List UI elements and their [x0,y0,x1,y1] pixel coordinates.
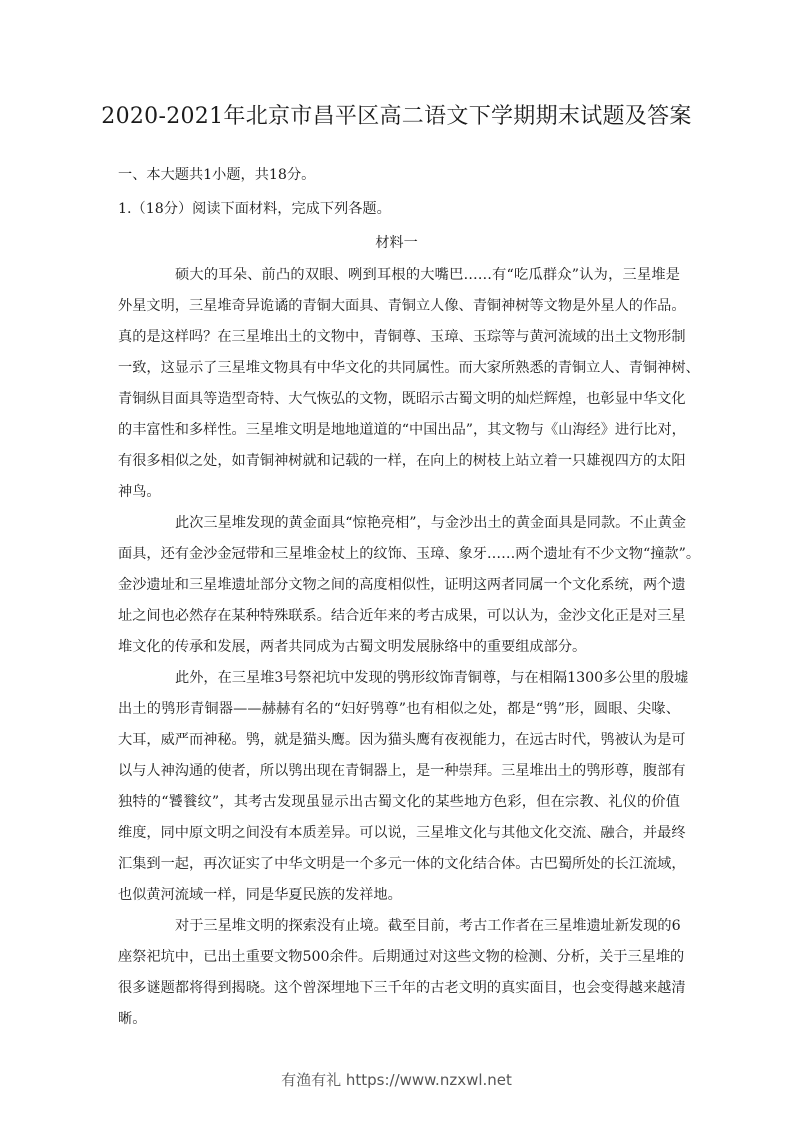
paragraph-line: 有很多相似之处，如青铜神树就和记载的一样，在向上的树枝上站立着一只雄视四方的太阳 [118,451,680,471]
paragraph-line: 此次三星堆发现的黄金面具“惊艳亮相”，与金沙出土的黄金面具是同款。不止黄金 [175,513,680,533]
paragraph-line: 外星文明，三星堆奇异诡谲的青铜大面具、青铜立人像、青铜神树等文物是外星人的作品。 [118,296,680,316]
paragraph-line: 出土的鸮形青铜器——赫赫有名的“妇好鸮尊”也有相似之处，都是“鸮”形，圆眼、尖喙… [118,699,680,719]
paragraph-line: 青铜纵目面具等造型奇特、大气恢弘的文物，既昭示古蜀文明的灿烂辉煌，也彰显中华文化 [118,389,680,409]
paragraph-line: 也似黄河流域一样，同是华夏民族的发祥地。 [118,885,680,905]
paragraph-line: 面具，还有金沙金冠带和三星堆金杖上的纹饰、玉璋、象牙……两个遗址有不少文物“撞款… [118,544,680,564]
paragraph-line: 很多谜题都将得到揭晓。这个曾深埋地下三千年的古老文明的真实面目，也会变得越来越清 [118,978,680,998]
paragraph-line: 真的是这样吗？在三星堆出土的文物中，青铜尊、玉璋、玉琮等与黄河流域的出土文物形制 [118,327,680,347]
paragraph-line: 金沙遗址和三星堆遗址部分文物之间的高度相似性，证明这两者同属一个文化系统，两个遗 [118,575,680,595]
document-title: 2020-2021年北京市昌平区高二语文下学期期末试题及答案 [0,101,793,133]
paragraph-line: 座祭祀坑中，已出土重要文物500余件。后期通过对这些文物的检测、分析，关于三星堆… [118,947,680,967]
material-heading: 材料一 [0,233,793,253]
paragraph-line: 硕大的耳朵、前凸的双眼、咧到耳根的大嘴巴……有“吃瓜群众”认为，三星堆是 [175,265,680,285]
paragraph-line: 的丰富性和多样性。三星堆文明是地地道道的“中国出品”，其文物与《山海经》进行比对… [118,420,680,440]
paragraph-line: 汇集到一起，再次证实了中华文明是一个多元一体的文化结合体。古巴蜀所处的长江流域， [118,854,680,874]
paragraph-line: 维度，同中原文明之间没有本质差异。可以说，三星堆文化与其他文化交流、融合，并最终 [118,823,680,843]
paragraph-line: 址之间也必然存在某种特殊联系。结合近年来的考古成果，可以认为，金沙文化正是对三星 [118,606,680,626]
footer-watermark: 有渔有礼 https://www.nzxwl.net [0,1069,793,1091]
paragraph-line: 堆文化的传承和发展，两者共同成为古蜀文明发展脉络中的重要组成部分。 [118,637,680,657]
question-intro: 1.（18分）阅读下面材料，完成下列各题。 [118,199,680,219]
paragraph-line: 大耳，威严而神秘。鸮，就是猫头鹰。因为猫头鹰有夜视能力，在远古时代，鸮被认为是可 [118,730,680,750]
section-header: 一、本大题共1小题，共18分。 [118,165,680,185]
paragraph-line: 对于三星堆文明的探索没有止境。截至目前，考古工作者在三星堆遗址新发现的6 [175,916,680,936]
paragraph-line: 以与人神沟通的使者，所以鸮出现在青铜器上，是一种崇拜。三星堆出土的鸮形尊，腹部有 [118,761,680,781]
paragraph-line: 晰。 [118,1009,680,1029]
document-page: 2020-2021年北京市昌平区高二语文下学期期末试题及答案 一、本大题共1小题… [0,0,793,1122]
paragraph-line: 神鸟。 [118,482,680,502]
paragraph-line: 独特的“饕餮纹”，其考古发现虽显示出古蜀文化的某些地方色彩，但在宗教、礼仪的价值 [118,792,680,812]
paragraph-line: 一致，这显示了三星堆文物具有中华文化的共同属性。而大家所熟悉的青铜立人、青铜神树… [118,358,680,378]
paragraph-line: 此外，在三星堆3号祭祀坑中发现的鸮形纹饰青铜尊，与在相隔1300多公里的殷墟 [175,668,680,688]
